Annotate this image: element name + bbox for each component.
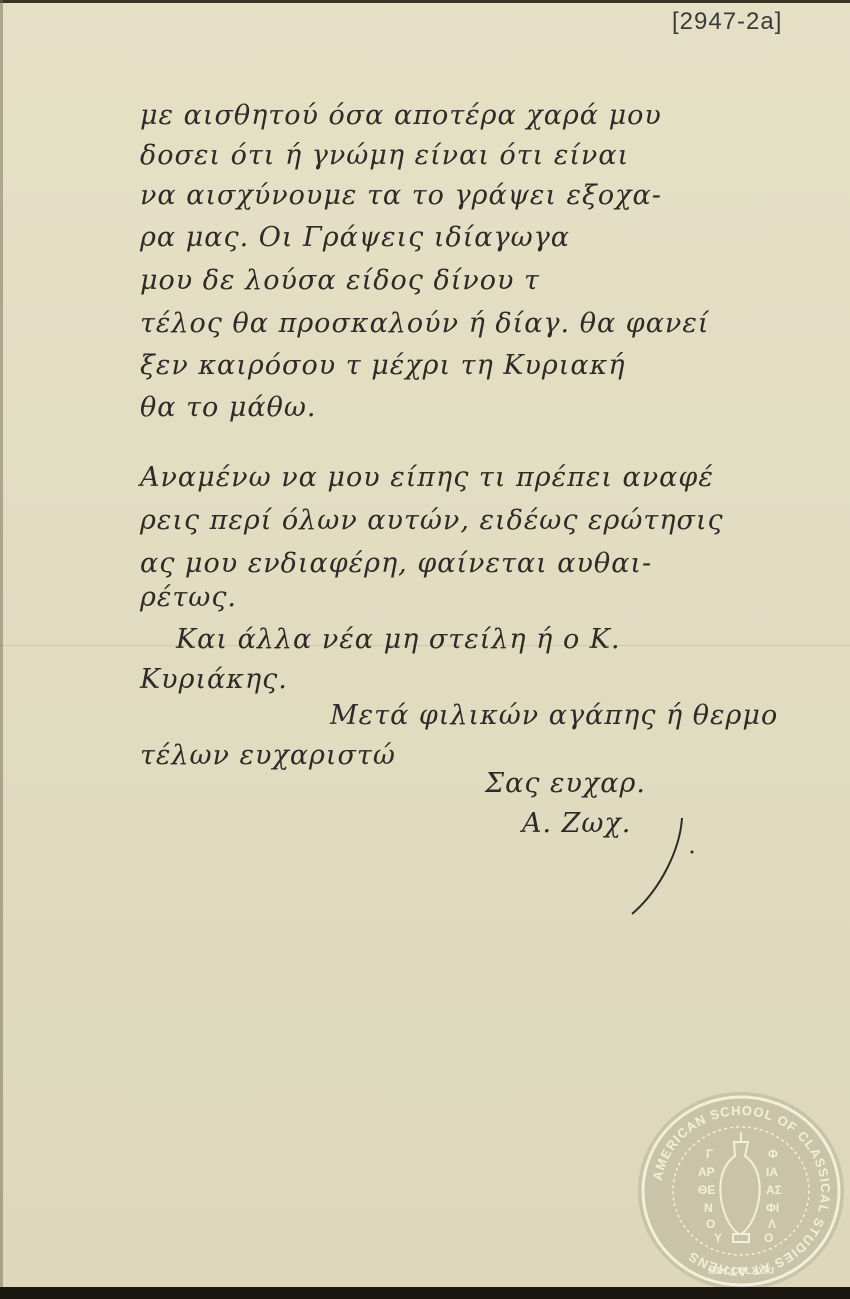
handwritten-line: ρεις περί όλων αυτών, ειδέως ερώτησις xyxy=(140,505,724,536)
handwritten-line: Μετά φιλικών αγάπης ή θερμο xyxy=(330,700,778,731)
handwritten-line: δοσει ότι ή γνώμη είναι ότι είναι xyxy=(140,140,629,171)
svg-text:ΑΣ: ΑΣ xyxy=(766,1183,782,1197)
svg-text:ΦΙ: ΦΙ xyxy=(766,1201,779,1215)
svg-text:Ο: Ο xyxy=(706,1217,715,1231)
svg-text:Ν: Ν xyxy=(704,1201,713,1215)
svg-text:ΑΡ: ΑΡ xyxy=(698,1165,715,1179)
letter-page: [2947-2a] με αισθητού όσα αποτέρα χαρά μ… xyxy=(0,0,850,1289)
handwritten-line: να αισχύνουμε τα το γράψει εξοχα- xyxy=(140,180,662,211)
svg-text:MDCCCLXXXI: MDCCCLXXXI xyxy=(708,1266,774,1277)
handwritten-line: Σας ευχαρ. xyxy=(485,768,646,799)
handwritten-line: Α. Ζωχ. xyxy=(522,808,631,839)
handwritten-line: με αισθητού όσα αποτέρα χαρά μου xyxy=(140,100,662,131)
seal-emblem-icon: AMERICAN SCHOOL OF CLASSICAL STUDIES AT … xyxy=(638,1092,844,1290)
handwritten-line: Και άλλα νέα μη στείλη ή ο Κ. xyxy=(176,624,621,655)
svg-text:Γ: Γ xyxy=(706,1147,714,1161)
svg-text:Φ: Φ xyxy=(768,1147,778,1161)
handwritten-line: Κυριάκης. xyxy=(140,664,288,695)
handwritten-line: ρα μας. Οι Γράψεις ιδίαγωγα xyxy=(140,222,570,253)
handwritten-line: τέλων ευχαριστώ xyxy=(140,740,396,771)
svg-text:ΘΕ: ΘΕ xyxy=(698,1183,715,1197)
svg-text:Λ: Λ xyxy=(768,1217,776,1231)
school-seal-stamp: AMERICAN SCHOOL OF CLASSICAL STUDIES AT … xyxy=(638,1092,844,1290)
handwritten-line: ξεν καιρόσου τ μέχρι τη Κυριακή xyxy=(140,350,626,381)
handwritten-line: ας μου ενδιαφέρη, φαίνεται αυθαι- xyxy=(140,548,652,579)
handwritten-line: θα το μάθω. xyxy=(140,392,316,423)
handwritten-line: Αναμένω να μου είπης τι πρέπει αναφέ xyxy=(140,462,714,493)
svg-text:Υ: Υ xyxy=(714,1231,722,1245)
page-top-edge xyxy=(0,0,850,3)
signature-flourish xyxy=(620,810,700,920)
svg-text:AMERICAN SCHOOL OF CLASSICAL S: AMERICAN SCHOOL OF CLASSICAL STUDIES AT … xyxy=(650,1103,833,1279)
svg-text:ΙΑ: ΙΑ xyxy=(766,1165,778,1179)
handwritten-line: μου δε λούσα είδος δίνου τ xyxy=(140,265,540,296)
handwritten-line: τέλος θα προσκαλούν ή δίαγ. θα φανεί xyxy=(140,308,709,339)
handwritten-line: ρέτως. xyxy=(140,582,237,613)
svg-text:Ο: Ο xyxy=(764,1231,773,1245)
scan-bottom-border xyxy=(0,1287,850,1299)
archive-number: [2947-2a] xyxy=(672,8,782,36)
